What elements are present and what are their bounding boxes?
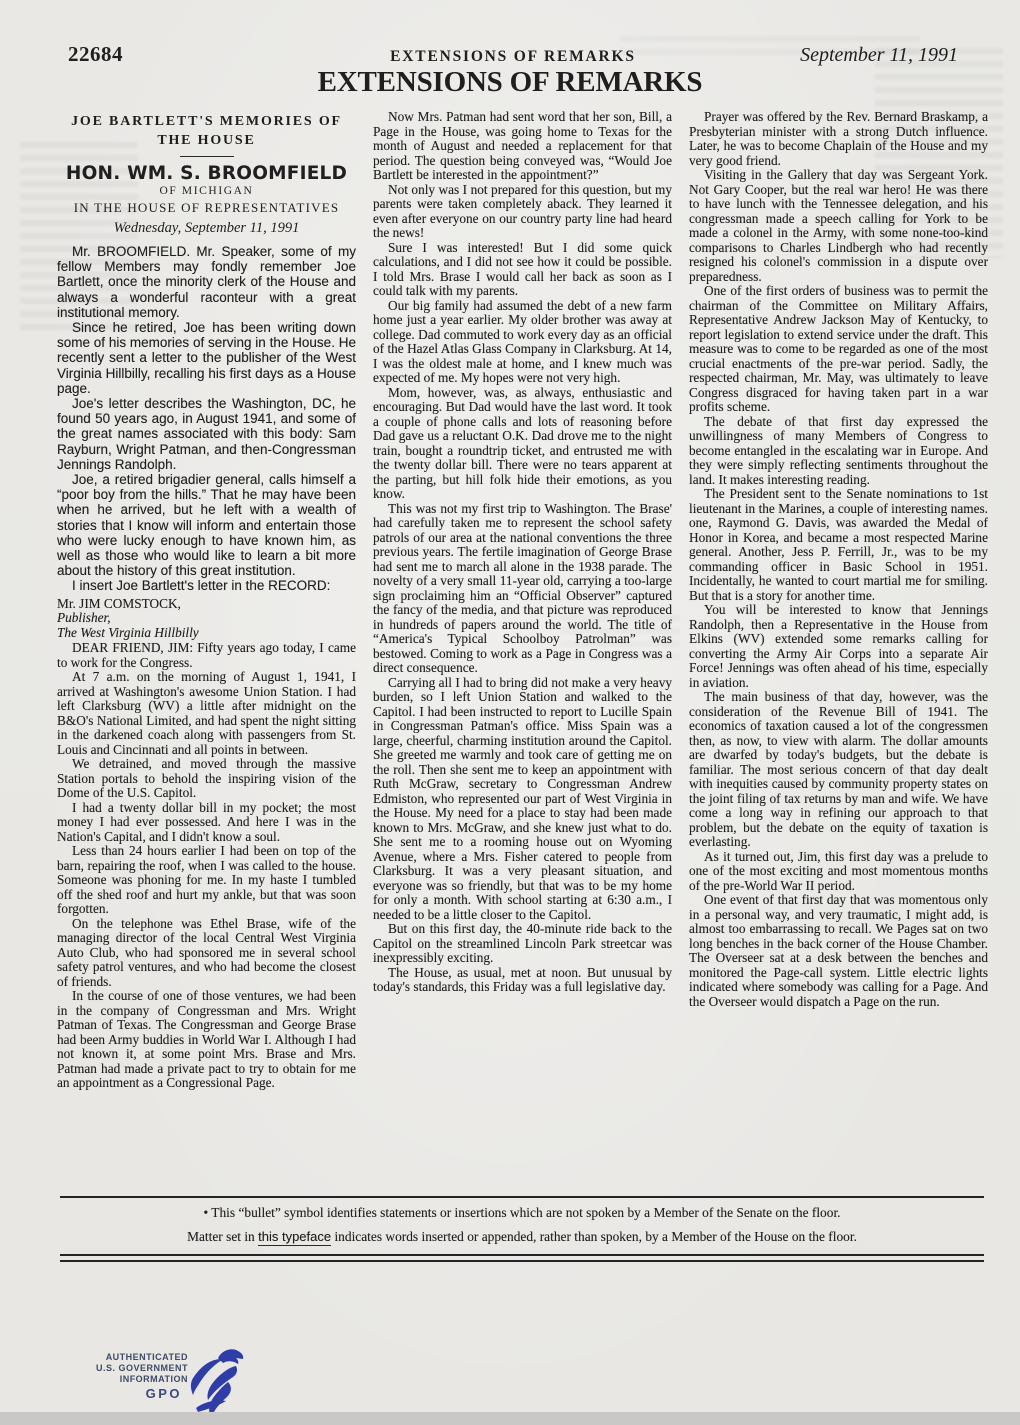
paragraph: The President sent to the Senate nominat… bbox=[689, 487, 988, 603]
column-3: Prayer was offered by the Rev. Bernard B… bbox=[689, 110, 988, 1182]
member-state: OF MICHIGAN bbox=[57, 185, 356, 197]
paragraph: But on this first day, the 40-minute rid… bbox=[373, 922, 672, 966]
typeface-note-suffix: indicates words inserted or appended, ra… bbox=[331, 1229, 857, 1244]
bullet-note-text: This “bullet” symbol identifies statemen… bbox=[211, 1205, 840, 1220]
paragraph: Sure I was interested! But I did some qu… bbox=[373, 241, 672, 299]
page-number: 22684 bbox=[68, 42, 390, 67]
gpo-logo-line2: U.S. GOVERNMENT bbox=[96, 1363, 188, 1374]
paragraph: As it turned out, Jim, this first day wa… bbox=[689, 850, 988, 894]
article-title-line2: THE HOUSE bbox=[157, 133, 255, 148]
paragraph: Not only was I not prepared for this que… bbox=[373, 183, 672, 241]
gpo-logo-line1: AUTHENTICATED bbox=[96, 1352, 188, 1363]
gpo-authentication-logo: AUTHENTICATED U.S. GOVERNMENT INFORMATIO… bbox=[96, 1352, 246, 1420]
column-1: JOE BARTLETT'S MEMORIES OF THE HOUSE HON… bbox=[57, 110, 356, 1182]
addressee-name: Mr. JIM COMSTOCK, bbox=[57, 597, 356, 612]
paragraph: Prayer was offered by the Rev. Bernard B… bbox=[689, 110, 988, 168]
paragraph: At 7 a.m. on the morning of August 1, 19… bbox=[57, 670, 356, 757]
paragraph: The main business of that day, however, … bbox=[689, 690, 988, 850]
running-head: 22684 EXTENSIONS OF REMARKS September 11… bbox=[68, 42, 958, 67]
footer-rule-bottom bbox=[60, 1254, 984, 1262]
chamber-line: IN THE HOUSE OF REPRESENTATIVES bbox=[57, 200, 356, 216]
paragraph: The House, as usual, met at noon. But un… bbox=[373, 966, 672, 995]
paragraph: DEAR FRIEND, JIM: Fifty years ago today,… bbox=[57, 641, 356, 670]
intro-paragraphs: Mr. BROOMFIELD. Mr. Speaker, some of my … bbox=[57, 244, 356, 594]
article-title-line1: JOE BARTLETT'S MEMORIES OF bbox=[71, 114, 342, 129]
paragraph: Since he retired, Joe has been writing d… bbox=[57, 320, 356, 396]
article-columns: JOE BARTLETT'S MEMORIES OF THE HOUSE HON… bbox=[57, 110, 988, 1182]
issue-date: September 11, 1991 bbox=[636, 44, 958, 67]
footer-notes: • This “bullet” symbol identifies statem… bbox=[60, 1205, 984, 1244]
article-title: JOE BARTLETT'S MEMORIES OF THE HOUSE bbox=[57, 112, 356, 150]
bullet-note: • This “bullet” symbol identifies statem… bbox=[60, 1205, 984, 1220]
gpo-logo-text: AUTHENTICATED U.S. GOVERNMENT INFORMATIO… bbox=[96, 1352, 188, 1399]
paragraph: The debate of that first day expressed t… bbox=[689, 415, 988, 488]
column-2: Now Mrs. Patman had sent word that her s… bbox=[373, 110, 672, 1182]
paragraph: One event of that first day that was mom… bbox=[689, 893, 988, 1009]
addressee-role: Publisher, bbox=[57, 611, 356, 626]
paragraph: We detrained, and moved through the mass… bbox=[57, 757, 356, 801]
paragraph: Carrying all I had to bring did not make… bbox=[373, 676, 672, 923]
section-title: EXTENSIONS OF REMARKS bbox=[0, 66, 1020, 99]
paragraph: I insert Joe Bartlett's letter in the RE… bbox=[57, 578, 356, 593]
gpo-acronym: GPO bbox=[96, 1388, 188, 1399]
paragraph: Mom, however, was, as always, enthusiast… bbox=[373, 386, 672, 502]
paragraph: Less than 24 hours earlier I had been on… bbox=[57, 844, 356, 917]
sitting-date: Wednesday, September 11, 1991 bbox=[57, 220, 356, 237]
paragraph: On the telephone was Ethel Brase, wife o… bbox=[57, 917, 356, 990]
paragraph: Mr. BROOMFIELD. Mr. Speaker, some of my … bbox=[57, 244, 356, 320]
title-divider bbox=[180, 156, 234, 157]
paragraph: In the course of one of those ventures, … bbox=[57, 989, 356, 1091]
paragraph: Joe's letter describes the Washington, D… bbox=[57, 396, 356, 472]
letter-paragraphs-col1: DEAR FRIEND, JIM: Fifty years ago today,… bbox=[57, 641, 356, 1091]
member-name: HON. WM. S. BROOMFIELD bbox=[57, 163, 356, 184]
paragraph: Joe, a retired brigadier general, calls … bbox=[57, 472, 356, 578]
typeface-note: Matter set in this typeface indicates wo… bbox=[60, 1229, 984, 1244]
gpo-eagle-icon bbox=[184, 1346, 246, 1420]
footer-rule-top bbox=[60, 1196, 984, 1198]
paragraph: This was not my first trip to Washington… bbox=[373, 502, 672, 676]
bullet-symbol: • bbox=[203, 1205, 208, 1220]
paragraph: I had a twenty dollar bill in my pocket;… bbox=[57, 801, 356, 845]
letter-addressee: Mr. JIM COMSTOCK, Publisher, The West Vi… bbox=[57, 597, 356, 641]
typeface-note-highlight: this typeface bbox=[258, 1229, 331, 1246]
typeface-note-prefix: Matter set in bbox=[187, 1229, 258, 1244]
paragraph: Our big family had assumed the debt of a… bbox=[373, 299, 672, 386]
congressional-record-page: 22684 EXTENSIONS OF REMARKS September 11… bbox=[0, 0, 1020, 1425]
paragraph: Now Mrs. Patman had sent word that her s… bbox=[373, 110, 672, 183]
paragraph: One of the first orders of business was … bbox=[689, 284, 988, 415]
paragraph: You will be interested to know that Jenn… bbox=[689, 603, 988, 690]
gpo-logo-line3: INFORMATION bbox=[96, 1374, 188, 1385]
running-title: EXTENSIONS OF REMARKS bbox=[390, 48, 636, 66]
addressee-publication: The West Virginia Hillbilly bbox=[57, 626, 356, 641]
scan-edge-strip bbox=[0, 1412, 1020, 1425]
paragraph: Visiting in the Gallery that day was Ser… bbox=[689, 168, 988, 284]
